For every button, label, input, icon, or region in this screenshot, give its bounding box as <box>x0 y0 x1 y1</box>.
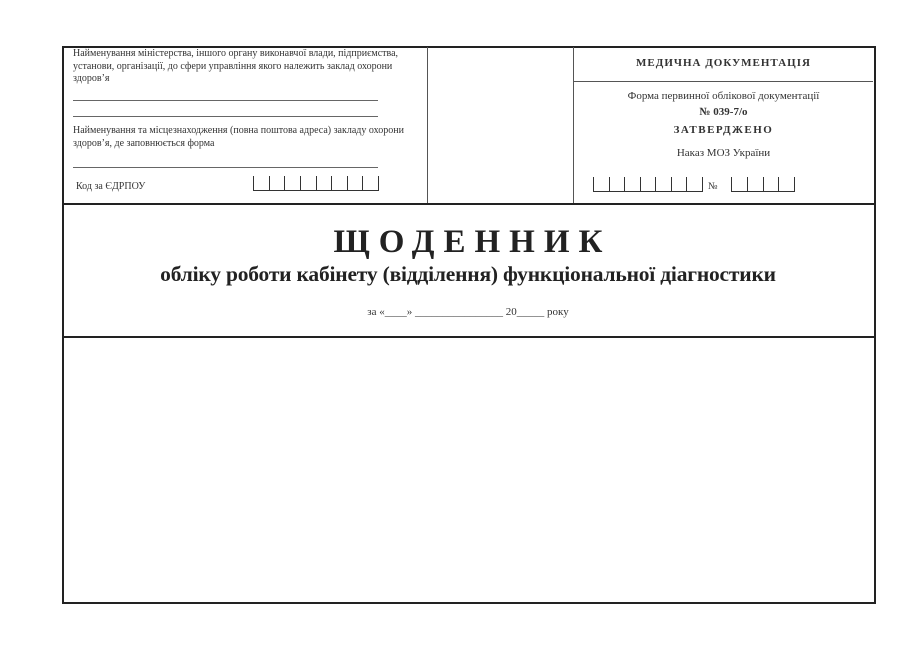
digit-cell[interactable] <box>640 177 656 191</box>
facility-input-line[interactable] <box>73 167 378 168</box>
medical-doc-divider <box>573 81 873 82</box>
order-number-field[interactable] <box>731 177 795 192</box>
digit-cell[interactable] <box>316 176 332 190</box>
digit-cell[interactable] <box>269 176 285 190</box>
medical-doc-label: МЕДИЧНА ДОКУМЕНТАЦІЯ <box>574 57 873 69</box>
digit-cell[interactable] <box>347 176 363 190</box>
digit-cell[interactable] <box>253 176 269 190</box>
digit-cell[interactable] <box>747 177 763 191</box>
digit-cell[interactable] <box>731 177 747 191</box>
approved-label: ЗАТВЕРДЖЕНО <box>574 124 873 137</box>
page-subtitle: обліку роботи кабінету (відділення) функ… <box>62 262 874 287</box>
digit-cell[interactable] <box>671 177 687 191</box>
digit-cell[interactable] <box>609 177 625 191</box>
number-sign: № <box>708 181 718 194</box>
form-label: Форма первинної облікової документації <box>574 90 873 103</box>
digit-cell[interactable] <box>362 176 379 190</box>
digit-cell[interactable] <box>624 177 640 191</box>
digit-cell[interactable] <box>655 177 671 191</box>
facility-label: Найменування та місцезнаходження (повна … <box>73 125 425 150</box>
digit-cell[interactable] <box>331 176 347 190</box>
order-label: Наказ МОЗ України <box>574 147 873 160</box>
edrpou-label: Код за ЄДРПОУ <box>76 181 145 194</box>
digit-cell[interactable] <box>686 177 703 191</box>
digit-cell[interactable] <box>300 176 316 190</box>
ministry-label: Найменування міністерства, іншого органу… <box>73 48 425 86</box>
digit-cell[interactable] <box>778 177 795 191</box>
edrpou-code-field[interactable] <box>253 176 379 191</box>
ministry-input-line-2[interactable] <box>73 116 378 117</box>
order-date-field[interactable] <box>593 177 703 192</box>
page-title: ЩОДЕННИК <box>62 224 874 261</box>
ministry-input-line-1[interactable] <box>73 100 378 101</box>
form-number: № 039-7/о <box>574 106 873 119</box>
date-line[interactable]: за «____» ________________ 20_____ року <box>62 306 874 318</box>
header-divider-left <box>427 47 428 203</box>
digit-cell[interactable] <box>763 177 779 191</box>
content-area <box>64 338 872 600</box>
header-bottom-divider <box>62 203 874 205</box>
digit-cell[interactable] <box>284 176 300 190</box>
digit-cell[interactable] <box>593 177 609 191</box>
